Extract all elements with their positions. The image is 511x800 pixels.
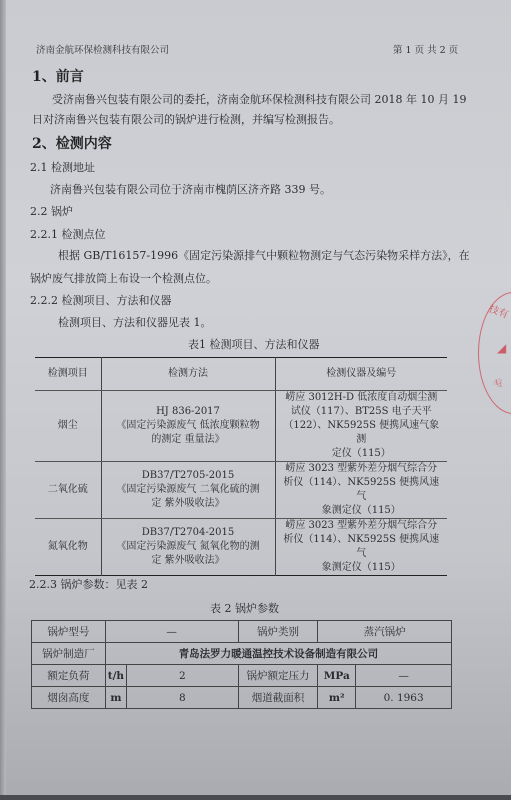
detection-methods-table: 检测项目 检测方法 检测仪器及编号 烟尘 HJ 836-2017 《固定污染源废… xyxy=(35,357,447,576)
method-line: 《固定污染源废气 低浓度颗粒物 xyxy=(105,419,272,433)
intro-line-2: 日对济南鲁兴包装有限公司的锅炉进行检测，并编写检测报告。 xyxy=(32,111,340,127)
section-2-title: 2、检测内容 xyxy=(32,133,112,153)
type-label: 锅炉类别 xyxy=(238,621,318,643)
table-row: 额定负荷 t/h 2 锅炉额定压力 MPa — xyxy=(32,665,452,687)
instrument-cell: 崂应 3012H-D 低浓度自动烟尘测 试仪（117）、BT25S 电子天平 （… xyxy=(275,391,447,462)
chimney-label: 烟囱高度 xyxy=(32,687,106,709)
method-cell: HJ 836-2017 《固定污染源废气 低浓度颗粒物 的测定 重量法》 xyxy=(101,391,275,462)
item-cell: 氮氧化物 xyxy=(35,519,101,576)
monitoring-point-line-1: 根据 GB/T16157-1996《固定污染源排气中颗粒物测定与气态污染物采样方… xyxy=(58,247,470,263)
instrument-line: 崂应 3023 型紫外差分烟气综合分 xyxy=(279,462,445,476)
method-line: 《固定污染源废气 二氧化硫的测 xyxy=(105,483,272,497)
chimney-value: 8 xyxy=(127,687,239,709)
table-row: 锅炉制造厂 青岛法罗力暖通温控技术设备制造有限公司 xyxy=(32,643,452,665)
instrument-line: 象测定仪（115） xyxy=(279,561,445,575)
type-value: 蒸汽锅炉 xyxy=(318,621,452,643)
stamp-text-top: 技有 xyxy=(487,300,511,321)
load-unit: t/h xyxy=(105,665,126,687)
header-method: 检测方法 xyxy=(101,358,275,391)
table-row: 二氧化硫 DB37/T2705-2015 《固定污染源废气 二氧化硫的测 定 紫… xyxy=(35,462,447,519)
item-cell: 二氧化硫 xyxy=(35,462,101,519)
instrument-line: 定仪（115） xyxy=(279,447,445,461)
instrument-line: （122）、NK5925S 便携风速气象测 xyxy=(279,419,445,447)
company-seal-stamp: 技有 专 ◢ xyxy=(478,292,511,414)
chimney-unit: m xyxy=(105,687,126,709)
table-row: 氮氧化物 DB37/T2704-2015 《固定污染源废气 氮氧化物的测 定 紫… xyxy=(35,519,447,576)
method-cell: DB37/T2704-2015 《固定污染源废气 氮氧化物的测 定 紫外吸收法》 xyxy=(101,519,275,576)
flue-value: 0. 1963 xyxy=(356,687,452,709)
pressure-value: — xyxy=(356,665,452,687)
header-page-info: 第 1 页 共 2 页 xyxy=(393,42,458,56)
method-line: HJ 836-2017 xyxy=(105,405,272,419)
flue-label: 烟道截面积 xyxy=(238,687,318,709)
flue-unit: m² xyxy=(318,687,356,709)
page-bottom-edge xyxy=(0,795,511,800)
table-1-caption: 表1 检测项目、方法和仪器 xyxy=(188,336,320,352)
instrument-cell: 崂应 3023 型紫外差分烟气综合分 析仪（114）、NK5925S 便携风速气… xyxy=(275,519,447,576)
maker-value: 青岛法罗力暖通温控技术设备制造有限公司 xyxy=(105,643,451,665)
method-line: DB37/T2705-2015 xyxy=(105,469,272,483)
table-row: 锅炉型号 — 锅炉类别 蒸汽锅炉 xyxy=(32,621,452,643)
address-text: 济南鲁兴包装有限公司位于济南市槐荫区济齐路 339 号。 xyxy=(50,181,331,197)
table-row: 烟囱高度 m 8 烟道截面积 m² 0. 1963 xyxy=(32,687,452,709)
load-label: 额定负荷 xyxy=(32,665,106,687)
instrument-line: 试仪（117）、BT25S 电子天平 xyxy=(279,405,445,419)
monitoring-point-line-2: 锅炉废气排放筒上布设一个检测点位。 xyxy=(30,270,217,286)
header-instrument: 检测仪器及编号 xyxy=(275,358,447,391)
pressure-unit: MPa xyxy=(318,665,356,687)
model-value: — xyxy=(105,621,238,643)
method-line: 《固定污染源废气 氮氧化物的测 xyxy=(105,540,272,554)
pressure-label: 锅炉额定压力 xyxy=(238,665,318,687)
table-row: 烟尘 HJ 836-2017 《固定污染源废气 低浓度颗粒物 的测定 重量法》 … xyxy=(35,391,447,462)
section-2-2-title: 2.2 锅炉 xyxy=(30,203,73,219)
method-line: 定 紫外吸收法》 xyxy=(105,554,272,568)
stamp-star-icon: ◢ xyxy=(497,341,506,355)
intro-line-1: 受济南鲁兴包装有限公司的委托，济南金航环保检测科技有限公司 2018 年 10 … xyxy=(52,91,466,107)
page-left-edge xyxy=(0,0,6,800)
table-header-row: 检测项目 检测方法 检测仪器及编号 xyxy=(35,358,447,391)
instrument-line: 析仪（114）、NK5925S 便携风速气 xyxy=(279,476,445,504)
model-label: 锅炉型号 xyxy=(32,621,106,643)
method-line: DB37/T2704-2015 xyxy=(105,526,272,540)
table-1-reference: 检测项目、方法和仪器见表 1。 xyxy=(58,314,212,330)
section-2-2-1-title: 2.2.1 检测点位 xyxy=(30,226,106,242)
stamp-text-bottom: 专 xyxy=(490,374,506,392)
section-2-2-2-title: 2.2.2 检测项目、方法和仪器 xyxy=(30,292,172,308)
section-1-title: 1、前言 xyxy=(32,66,84,86)
instrument-line: 崂应 3012H-D 低浓度自动烟尘测 xyxy=(279,391,445,405)
instrument-line: 崂应 3023 型紫外差分烟气综合分 xyxy=(279,519,445,533)
instrument-cell: 崂应 3023 型紫外差分烟气综合分 析仪（114）、NK5925S 便携风速气… xyxy=(275,462,447,519)
boiler-parameters-table: 锅炉型号 — 锅炉类别 蒸汽锅炉 锅炉制造厂 青岛法罗力暖通温控技术设备制造有限… xyxy=(31,620,452,709)
method-line: 定 紫外吸收法》 xyxy=(105,497,272,511)
method-cell: DB37/T2705-2015 《固定污染源废气 二氧化硫的测 定 紫外吸收法》 xyxy=(101,462,275,519)
maker-label: 锅炉制造厂 xyxy=(32,643,106,665)
item-cell: 烟尘 xyxy=(35,391,101,462)
table-2-caption: 表 2 锅炉参数 xyxy=(210,600,279,616)
instrument-line: 析仪（114）、NK5925S 便携风速气 xyxy=(279,533,445,561)
header-item: 检测项目 xyxy=(35,358,101,391)
section-2-2-3-title: 2.2.3 锅炉参数：见表 2 xyxy=(29,576,148,592)
section-2-1-title: 2.1 检测地址 xyxy=(30,159,95,175)
method-line: 的测定 重量法》 xyxy=(105,433,272,447)
instrument-line: 象测定仪（115） xyxy=(279,504,445,518)
header-company: 济南金航环保检测科技有限公司 xyxy=(36,42,169,56)
load-value: 2 xyxy=(127,665,239,687)
